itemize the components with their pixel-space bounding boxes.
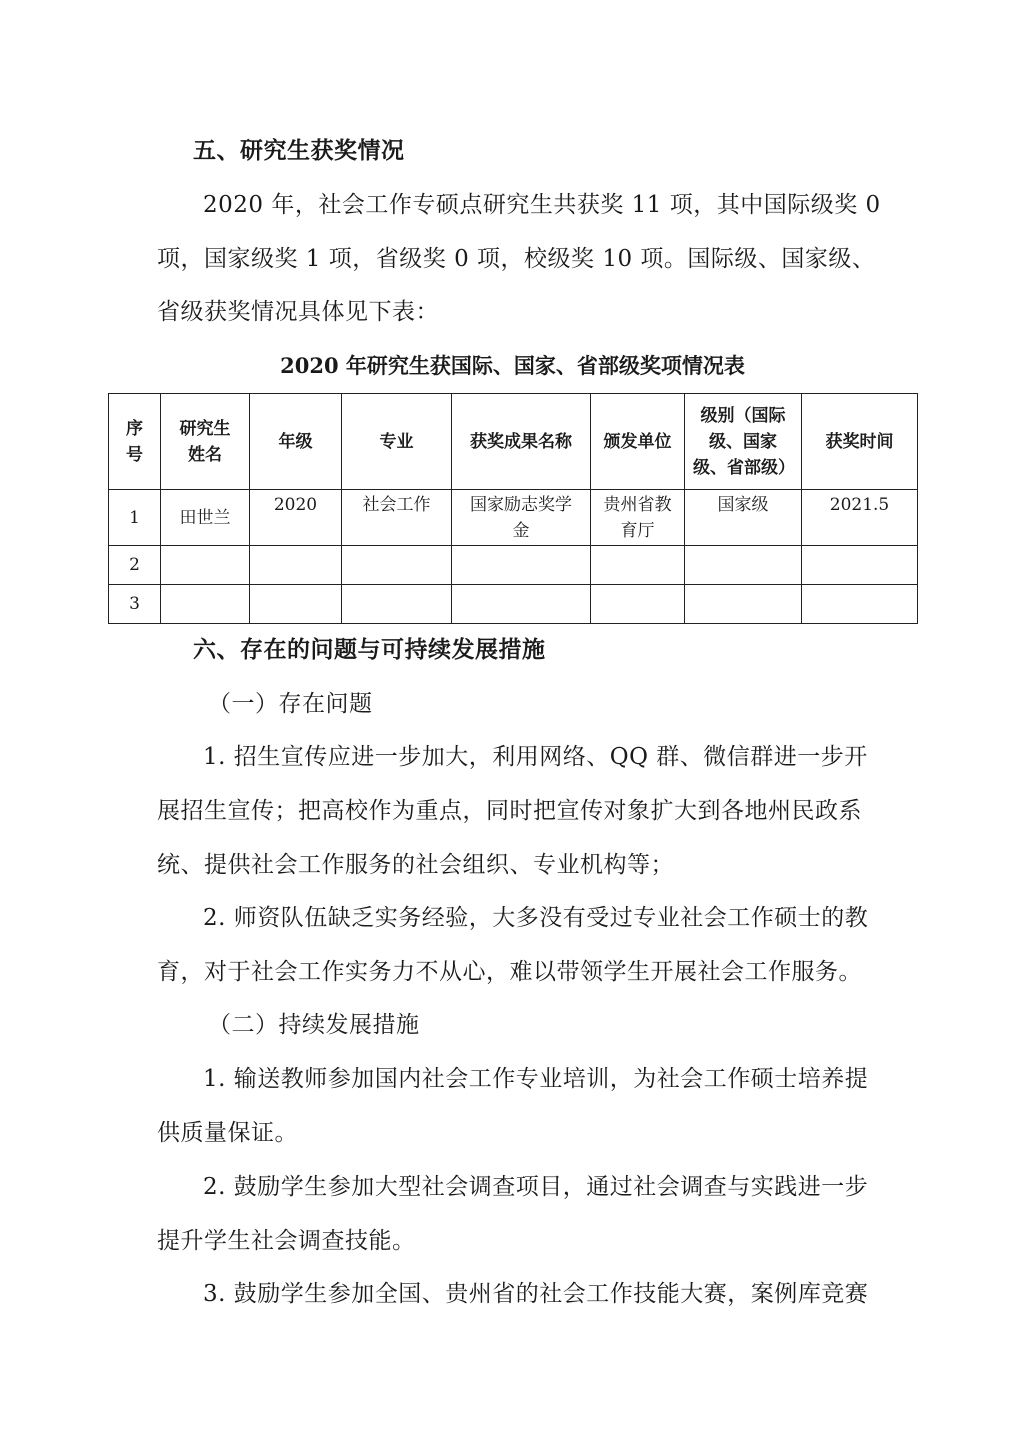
cell-award-date — [802, 585, 918, 624]
cell-award-name — [452, 585, 591, 624]
table-row: 1 田世兰 2020 社会工作 国家励志奖学金 贵州省教育厅 国家级 2021.… — [109, 490, 918, 546]
cell-level — [685, 546, 802, 585]
measures-line-2: 供质量保证。 — [157, 1118, 872, 1148]
header-level: 级别（国际级、国家级、省部级） — [685, 394, 802, 490]
cell-student-name — [161, 546, 250, 585]
header-grade: 年级 — [250, 394, 342, 490]
cell-student-name: 田世兰 — [161, 490, 250, 546]
measures-line-4: 提升学生社会调查技能。 — [157, 1226, 872, 1256]
cell-grade — [250, 546, 342, 585]
section-5-paragraph-line-1: 2020 年，社会工作专硕点研究生共获奖 11 项，其中国际级奖 0 — [203, 190, 918, 220]
problems-line-3: 统、提供社会工作服务的社会组织、专业机构等； — [157, 850, 872, 880]
cell-issuer — [591, 585, 685, 624]
problems-line-1: 1. 招生宣传应进一步加大，利用网络、QQ 群、微信群进一步开 — [203, 742, 918, 772]
table-header-row: 序号 研究生姓名 年级 专业 获奖成果名称 颁发单位 级别（国际级、国家级、省部… — [109, 394, 918, 490]
cell-award-date: 2021.5 — [802, 490, 918, 546]
problems-line-2: 展招生宣传；把高校作为重点，同时把宣传对象扩大到各地州民政系 — [157, 796, 872, 826]
cell-award-date — [802, 546, 918, 585]
cell-grade — [250, 585, 342, 624]
header-serial-number: 序号 — [109, 394, 161, 490]
cell-serial-number: 1 — [109, 490, 161, 546]
header-award-date: 获奖时间 — [802, 394, 918, 490]
table-row: 3 — [109, 585, 918, 624]
cell-student-name — [161, 585, 250, 624]
cell-issuer — [591, 546, 685, 585]
header-award-name: 获奖成果名称 — [452, 394, 591, 490]
measures-line-3: 2. 鼓励学生参加大型社会调查项目，通过社会调查与实践进一步 — [203, 1172, 918, 1202]
table-row: 2 — [109, 546, 918, 585]
cell-serial-number: 2 — [109, 546, 161, 585]
section-5-paragraph-line-3: 省级获奖情况具体见下表： — [157, 297, 872, 327]
measures-line-5: 3. 鼓励学生参加全国、贵州省的社会工作技能大赛，案例库竞赛 — [203, 1279, 918, 1309]
subsection-problems-heading: （一）存在问题 — [208, 689, 923, 719]
cell-level — [685, 585, 802, 624]
header-major: 专业 — [342, 394, 452, 490]
cell-serial-number: 3 — [109, 585, 161, 624]
cell-major: 社会工作 — [342, 490, 452, 546]
subsection-measures-heading: （二）持续发展措施 — [208, 1010, 923, 1040]
section-5-paragraph-line-2: 项，国家级奖 1 项，省级奖 0 项，校级奖 10 项。国际级、国家级、 — [157, 244, 872, 274]
header-issuer: 颁发单位 — [591, 394, 685, 490]
section-5-heading: 五、研究生获奖情况 — [193, 136, 908, 166]
measures-line-1: 1. 输送教师参加国内社会工作专业培训，为社会工作硕士培养提 — [203, 1064, 918, 1094]
table-title: 2020 年研究生获国际、国家、省部级奖项情况表 — [108, 351, 917, 381]
cell-major — [342, 546, 452, 585]
awards-table: 序号 研究生姓名 年级 专业 获奖成果名称 颁发单位 级别（国际级、国家级、省部… — [108, 393, 918, 624]
cell-grade: 2020 — [250, 490, 342, 546]
cell-issuer: 贵州省教育厅 — [591, 490, 685, 546]
problems-line-5: 育，对于社会工作实务力不从心，难以带领学生开展社会工作服务。 — [157, 957, 872, 987]
problems-line-4: 2. 师资队伍缺乏实务经验，大多没有受过专业社会工作硕士的教 — [203, 903, 918, 933]
section-6-heading: 六、存在的问题与可持续发展措施 — [193, 635, 908, 665]
cell-level: 国家级 — [685, 490, 802, 546]
cell-award-name: 国家励志奖学金 — [452, 490, 591, 546]
cell-award-name — [452, 546, 591, 585]
cell-major — [342, 585, 452, 624]
header-student-name: 研究生姓名 — [161, 394, 250, 490]
